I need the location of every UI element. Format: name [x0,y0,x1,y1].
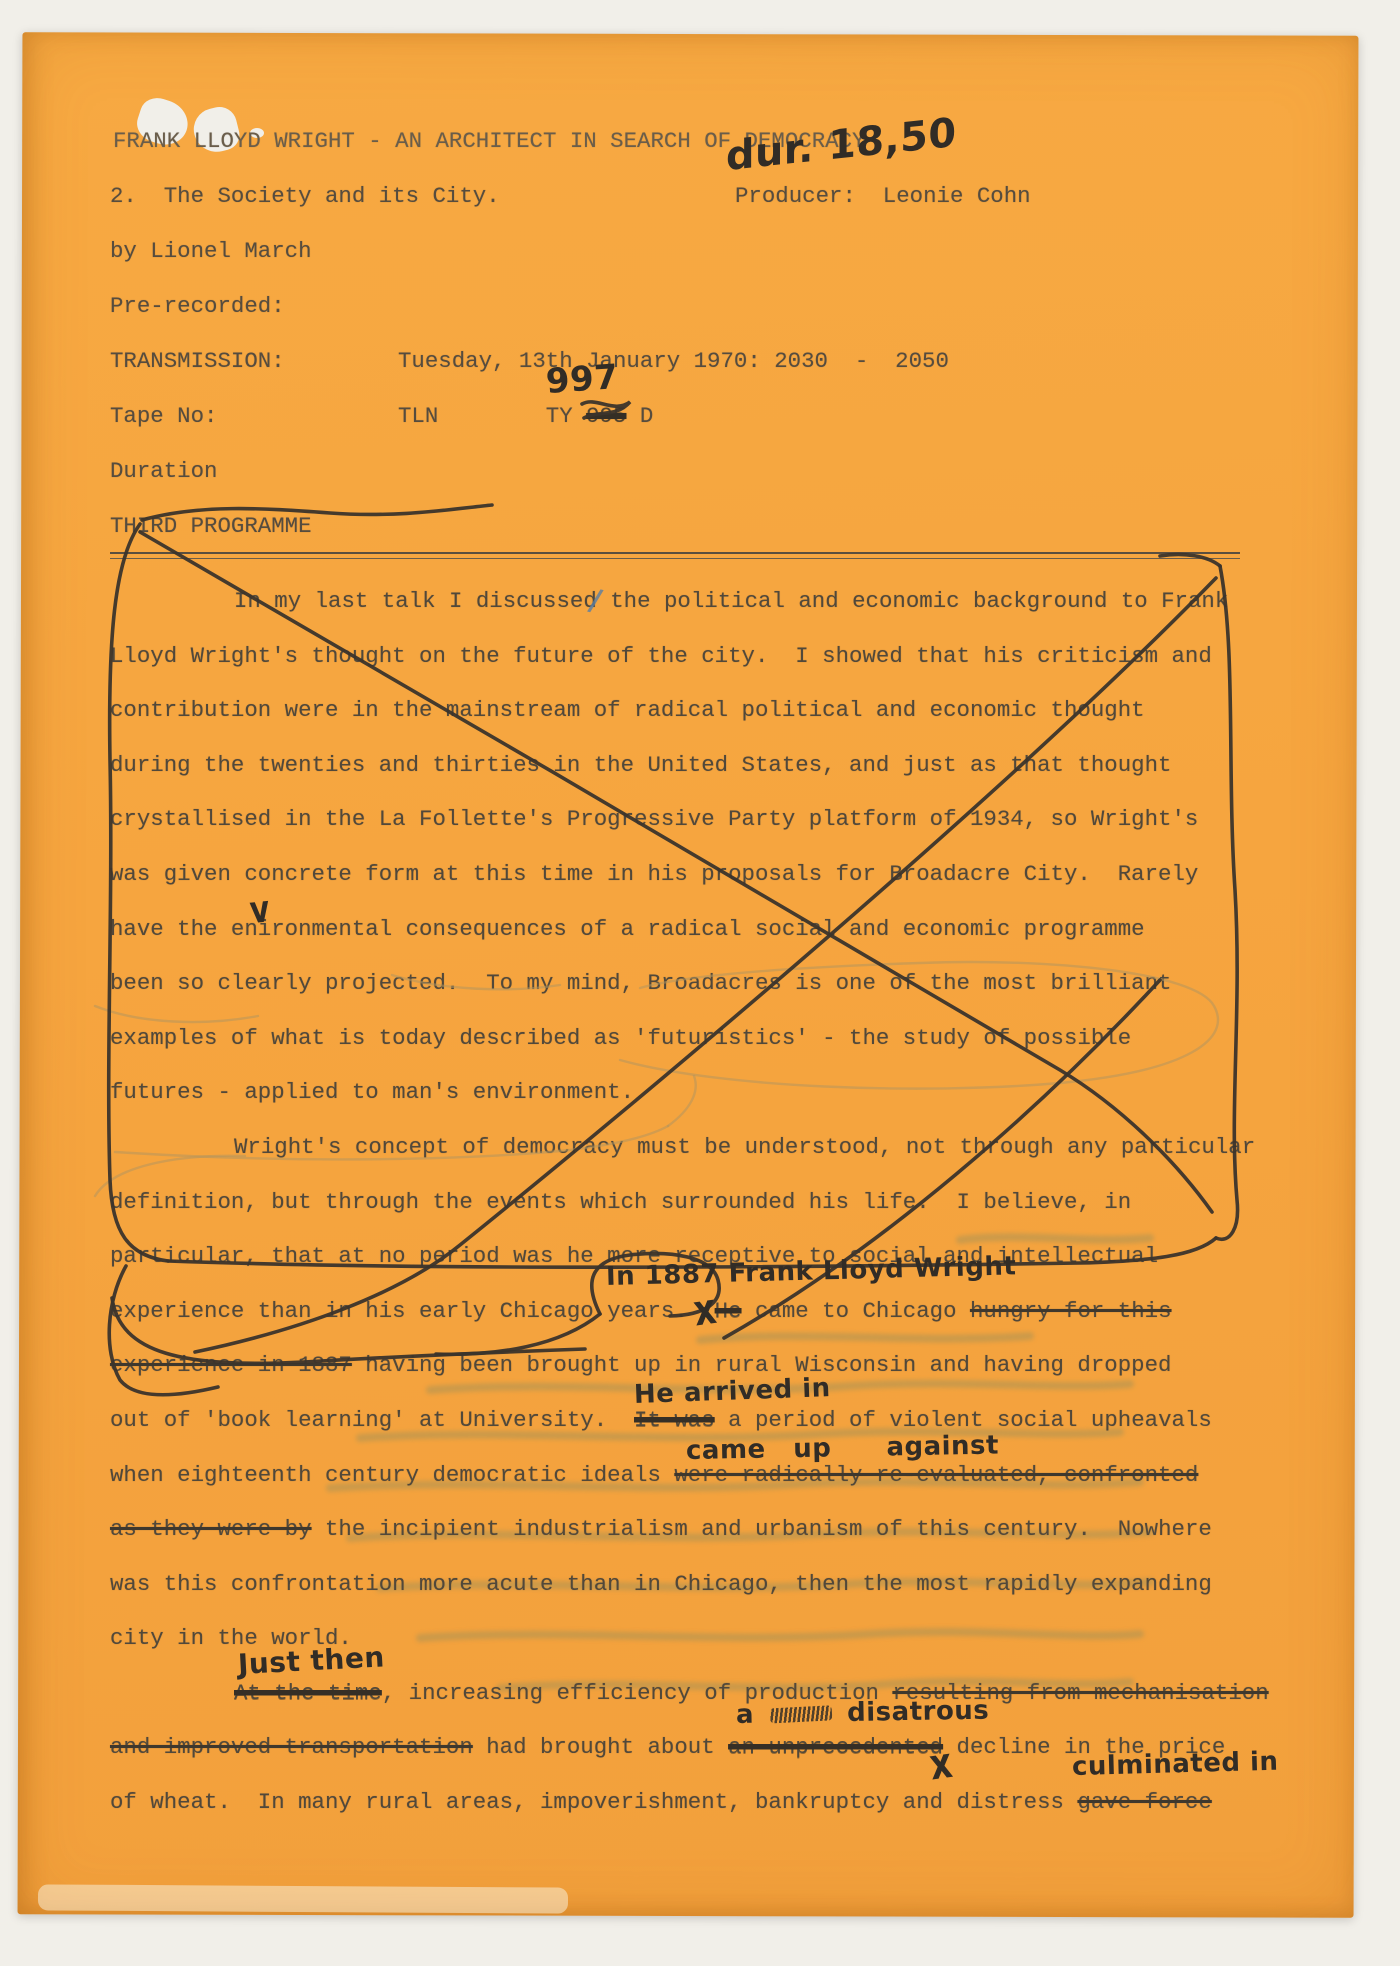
typed-text: experience than in his early Chicago yea… [110,1298,715,1324]
typed-text: Wright's concept of democracy must be un… [234,1134,1255,1160]
typed-text: of wheat. In many rural areas, impoveris… [110,1789,1077,1815]
typed-line: contribution were in the mainstream of r… [110,683,1270,738]
prerecorded-label: Pre-recorded: [110,292,285,320]
typed-text: been so clearly projected. To my mind, B… [110,970,1172,996]
typed-line: as they were by the incipient industrial… [110,1502,1270,1557]
typed-text-struck: He [715,1298,742,1324]
tape-suffix: D [626,403,653,429]
typed-line: Lloyd Wright's thought on the future of … [110,629,1270,684]
typed-text-struck: hungry for this [970,1298,1172,1324]
typed-text: Lloyd Wright's thought on the future of … [110,643,1212,669]
typed-line: definition, but through the events which… [110,1175,1270,1230]
script-body: In my last talk I discussed the politica… [110,574,1270,1830]
typed-divider-rule [110,552,1240,559]
typed-text: definition, but through the events which… [110,1189,1131,1215]
typed-text-struck: experience in 1887 [110,1352,352,1378]
tape-number-struck: 995 [586,403,626,429]
typed-text-struck: It was [634,1407,715,1433]
episode-line: 2. The Society and its City. [110,182,500,210]
typed-text: a period of violent social upheavals [715,1407,1212,1433]
typed-text-struck: and improved transportation [110,1734,473,1760]
typed-line: was given concrete form at this time in … [110,847,1270,902]
scanned-script-page: FRANK LLOYD WRIGHT - AN ARCHITECT IN SEA… [0,0,1400,1966]
typed-text: was given concrete form at this time in … [110,861,1198,887]
typed-text: In my last talk I discussed the politica… [234,588,1228,614]
handwritten-a: a [736,1700,764,1730]
typed-line: during the twenties and thirties in the … [110,738,1270,793]
typed-text: out of 'book learning' at University. [110,1407,634,1433]
paper-bottom-tear [38,1884,568,1913]
tape-value: TLN TY 995 D [398,402,653,430]
handwritten-tape-correction: 997 [545,357,620,402]
typed-line: have the enironmental consequences of a … [110,902,1270,957]
handwritten-culminated-in: culminated in [1072,1747,1279,1782]
programme-label: THIRD PROGRAMME [110,512,312,540]
scribbled-out-word [769,1705,832,1723]
byline: by Lionel March [110,237,312,265]
typed-line: futures - applied to man's environment. [110,1065,1270,1120]
typed-text-struck: as they were by [110,1516,312,1542]
producer-line: Producer: Leonie Cohn [735,182,1031,210]
duration-label: Duration [110,457,218,485]
typed-text-struck: an unprecedented [728,1734,943,1760]
typed-line: been so clearly projected. To my mind, B… [110,956,1270,1011]
typed-text: came to Chicago [742,1298,970,1324]
typed-text-struck: gave force [1077,1789,1211,1815]
typed-line: crystallised in the La Follette's Progre… [110,792,1270,847]
tape-label: Tape No: [110,402,218,430]
typed-text: examples of what is today described as '… [110,1025,1131,1051]
typed-line: was this confrontation more acute than i… [110,1557,1270,1612]
typed-text: futures - applied to man's environment. [110,1079,634,1105]
typed-text-struck: At the time [234,1680,382,1706]
typed-line: In my last talk I discussed the politica… [110,574,1270,629]
typed-text: when eighteenth century democratic ideal… [110,1462,674,1488]
typed-text: having been brought up in rural Wisconsi… [352,1352,1172,1378]
transmission-label: TRANSMISSION: [110,347,285,375]
typed-line: Wright's concept of democracy must be un… [110,1120,1270,1175]
typed-line: experience than in his early Chicago yea… [110,1284,1270,1339]
typed-text: the incipient industrialism and urbanism… [312,1516,1212,1542]
handwritten-a-disastrous: a disatrous [736,1696,990,1730]
transmission-value: Tuesday, 13th January 1970: 2030 - 2050 [398,347,949,375]
handwritten-came-up-against: came up against [686,1431,999,1466]
typed-text: contribution were in the mainstream of r… [110,697,1145,723]
tape-prefix: TLN TY [398,403,586,429]
typed-line: of wheat. In many rural areas, impoveris… [110,1775,1270,1830]
typed-text: crystallised in the La Follette's Progre… [110,806,1198,832]
typed-text-struck: were radically re-evaluated, confronted [674,1462,1198,1488]
typed-text: was this confrontation more acute than i… [110,1571,1212,1597]
typed-text: had brought about [473,1734,728,1760]
typed-line: examples of what is today described as '… [110,1011,1270,1066]
typed-text: during the twenties and thirties in the … [110,752,1172,778]
handwritten-disastrous: disatrous [837,1696,989,1729]
